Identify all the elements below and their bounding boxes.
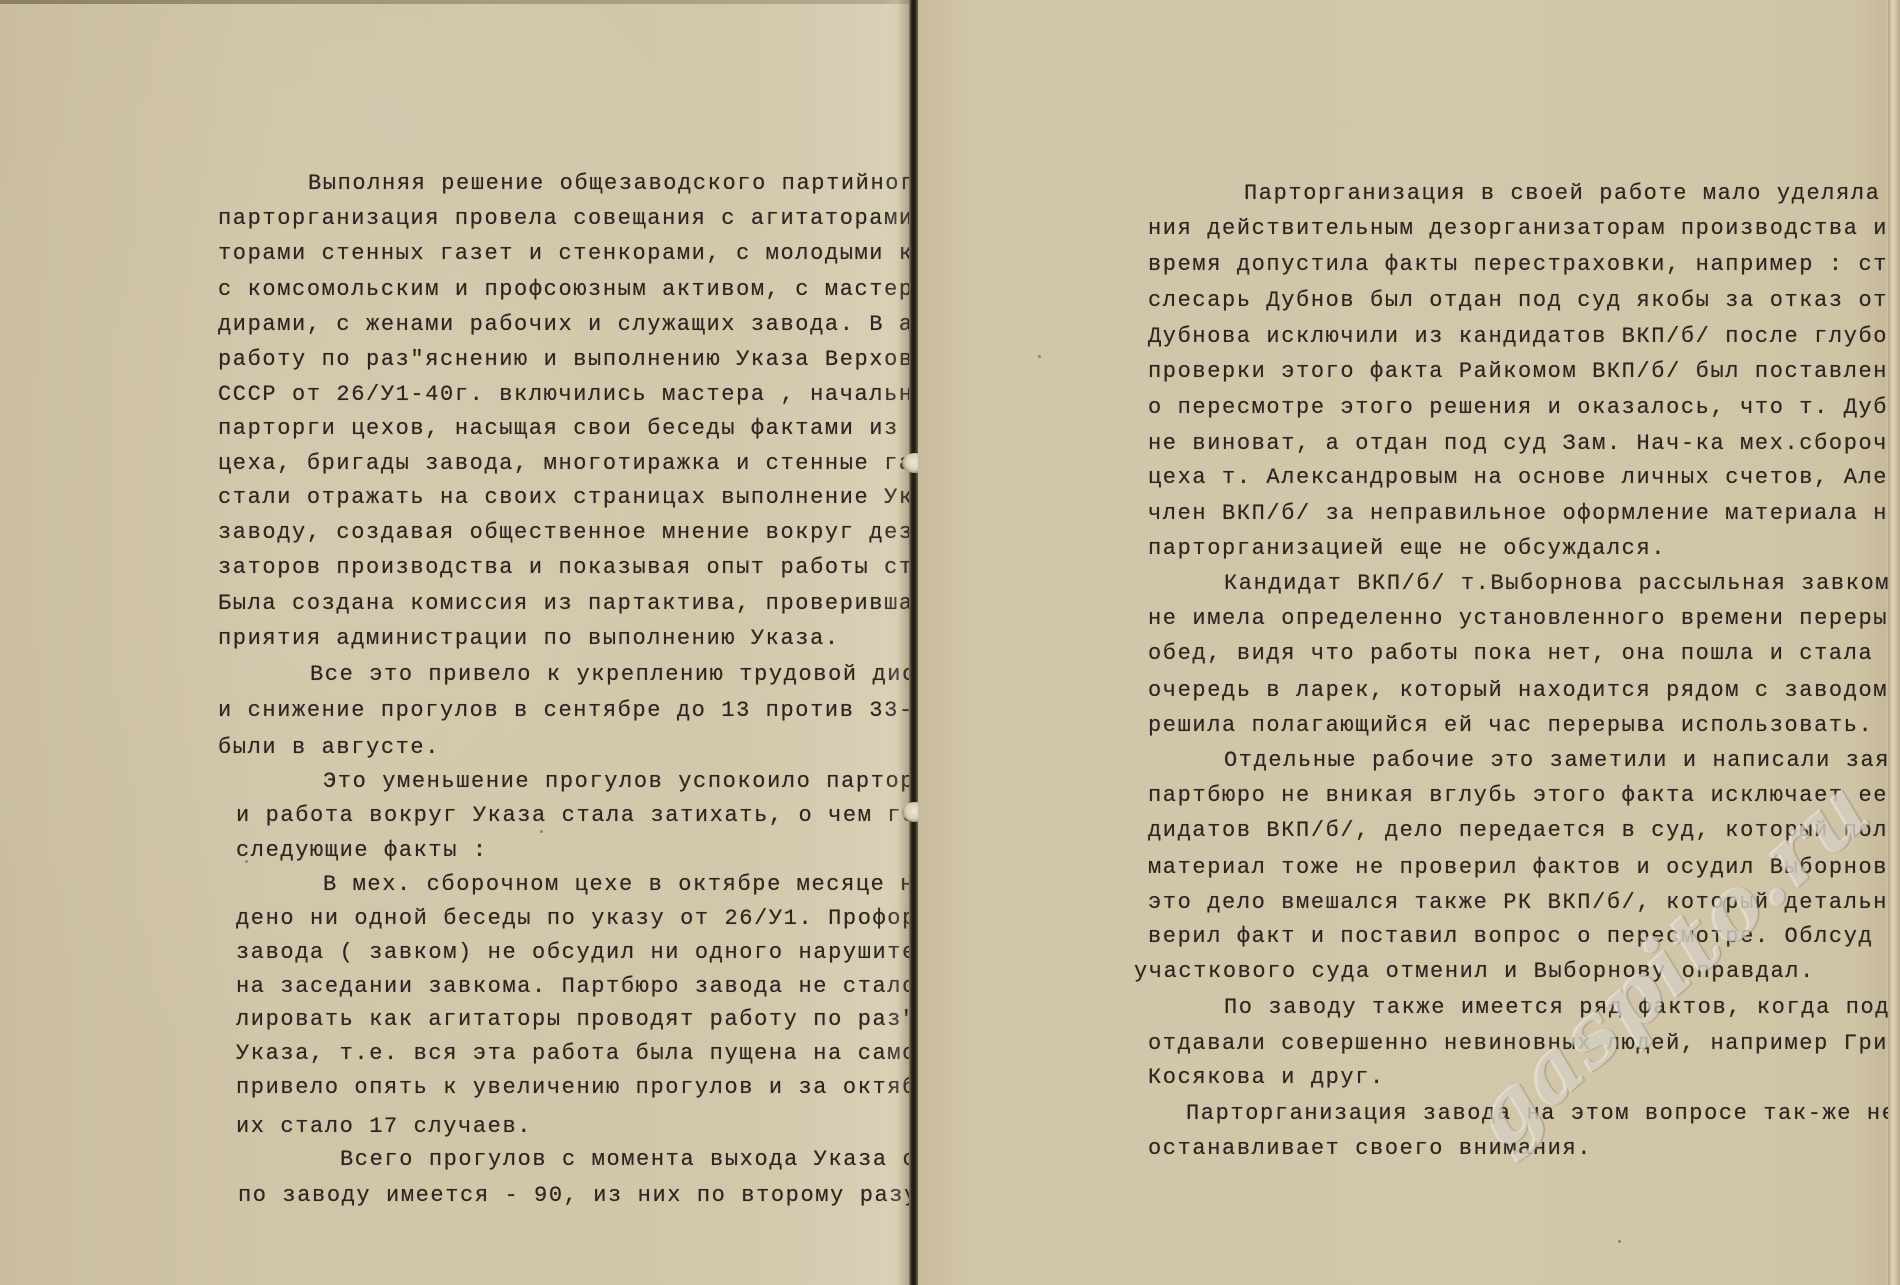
text-line: парторганизацией еще не обсуждался.	[1148, 536, 1666, 562]
text-line: завода ( завком) не обсудил ни одного на…	[236, 940, 912, 966]
text-line: Все это привело к укреплению трудовой ди…	[310, 662, 912, 688]
paper-speck	[1038, 355, 1041, 358]
text-line: слесарь Дубнов был отдан под суд якобы з…	[1148, 288, 1900, 314]
text-line: время допустила факты перестраховки, нап…	[1148, 252, 1900, 278]
text-line: привело опять к увеличению прогулов и за…	[236, 1075, 912, 1101]
text-line: не виноват, а отдан под суд Зам. Нач-ка …	[1148, 431, 1900, 457]
page-edge	[1888, 0, 1900, 1285]
text-line: Указа, т.е. вся эта работа была пущена н…	[236, 1041, 912, 1067]
text-line: Косякова и друг.	[1148, 1065, 1385, 1091]
top-edge-strip	[0, 0, 912, 4]
text-line: решила полагающийся ей час перерыва испо…	[1148, 713, 1873, 739]
text-line: СССР от 26/У1-40г. включились мастера , …	[218, 382, 912, 408]
text-line: Дубнова исключили из кандидатов ВКП/б/ п…	[1148, 324, 1900, 350]
text-line: Была создана комиссия из партактива, про…	[218, 591, 912, 617]
text-line: ния действительным дезорганизаторам прои…	[1148, 216, 1900, 242]
text-line: их стало 17 случаев.	[236, 1114, 532, 1140]
text-line: лировать как агитаторы проводят работу п…	[236, 1007, 912, 1033]
text-line: с комсомольским и профсоюзным активом, с…	[218, 277, 912, 303]
book-spine	[909, 0, 918, 1285]
text-line: цеха, бригады завода, многотиражка и сте…	[218, 451, 912, 477]
text-line: торами стенных газет и стенкорами, с мол…	[218, 241, 912, 267]
text-line: Кандидат ВКП/б/ т.Выборнова рассыльная з…	[1224, 571, 1900, 597]
text-line: приятия администрации по выполнению Указ…	[218, 626, 840, 652]
paper-speck	[1298, 620, 1301, 623]
paper-speck	[746, 560, 749, 563]
text-line: и снижение прогулов в сентябре до 13 про…	[218, 698, 912, 724]
text-line: заводу, создавая общественное мнение вок…	[218, 520, 912, 546]
text-line: работу по раз"яснению и выполнению Указа…	[218, 347, 912, 373]
text-line: были в августе.	[218, 735, 440, 761]
text-line: по заводу имеется - 90, из них по втором…	[238, 1183, 912, 1209]
text-line: не имела определенно установленного врем…	[1148, 606, 1900, 632]
text-line: дирами, с женами рабочих и служащих заво…	[218, 312, 912, 338]
spine-shadow	[880, 0, 909, 1285]
text-line: заторов производства и показывая опыт ра…	[218, 555, 912, 581]
text-line: стали отражать на своих страницах выполн…	[218, 485, 912, 511]
text-line: Отдельные рабочие это заметили и написал…	[1224, 748, 1900, 774]
left-page: Выполняя решение общезаводского партийно…	[0, 0, 912, 1285]
text-line: В мех. сборочном цехе в октябре месяце н…	[323, 872, 912, 898]
text-line: очередь в ларек, который находится рядом…	[1148, 678, 1900, 704]
text-line: парторганизация провела совещания с агит…	[218, 206, 912, 232]
text-line: и работа вокруг Указа стала затихать, о …	[236, 803, 912, 829]
text-line: Всего прогулов с момента выхода Указа от…	[340, 1147, 912, 1173]
text-line: Парторганизация в своей работе мало удел…	[1244, 181, 1900, 207]
text-line: о пересмотре этого решения и оказалось, …	[1148, 395, 1900, 421]
text-line: дено ни одной беседы по указу от 26/У1. …	[236, 906, 912, 932]
text-line: член ВКП/б/ за неправильное оформление м…	[1148, 501, 1900, 527]
text-line: обед, видя что работы пока нет, она пошл…	[1148, 641, 1900, 667]
text-line: Это уменьшение прогулов успокоило партор…	[323, 769, 912, 795]
right-page: -48- Парторганизация в своей работе мало…	[918, 0, 1900, 1285]
text-line: на заседании завкома. Партбюро завода не…	[236, 974, 912, 1000]
text-line: следующие факты :	[236, 838, 488, 864]
paper-speck	[245, 860, 248, 863]
paper-speck	[1618, 1240, 1621, 1243]
paper-speck	[540, 830, 543, 833]
text-line: проверки этого факта Райкомом ВКП/б/ был…	[1148, 359, 1900, 385]
text-line: цеха т. Александровым на основе личных с…	[1148, 465, 1900, 491]
text-line: верил факт и поставил вопрос о пересмотр…	[1148, 924, 1900, 950]
text-line: Выполняя решение общезаводского партийно…	[308, 171, 912, 197]
text-line: парторги цехов, насыщая свои беседы факт…	[218, 416, 912, 442]
